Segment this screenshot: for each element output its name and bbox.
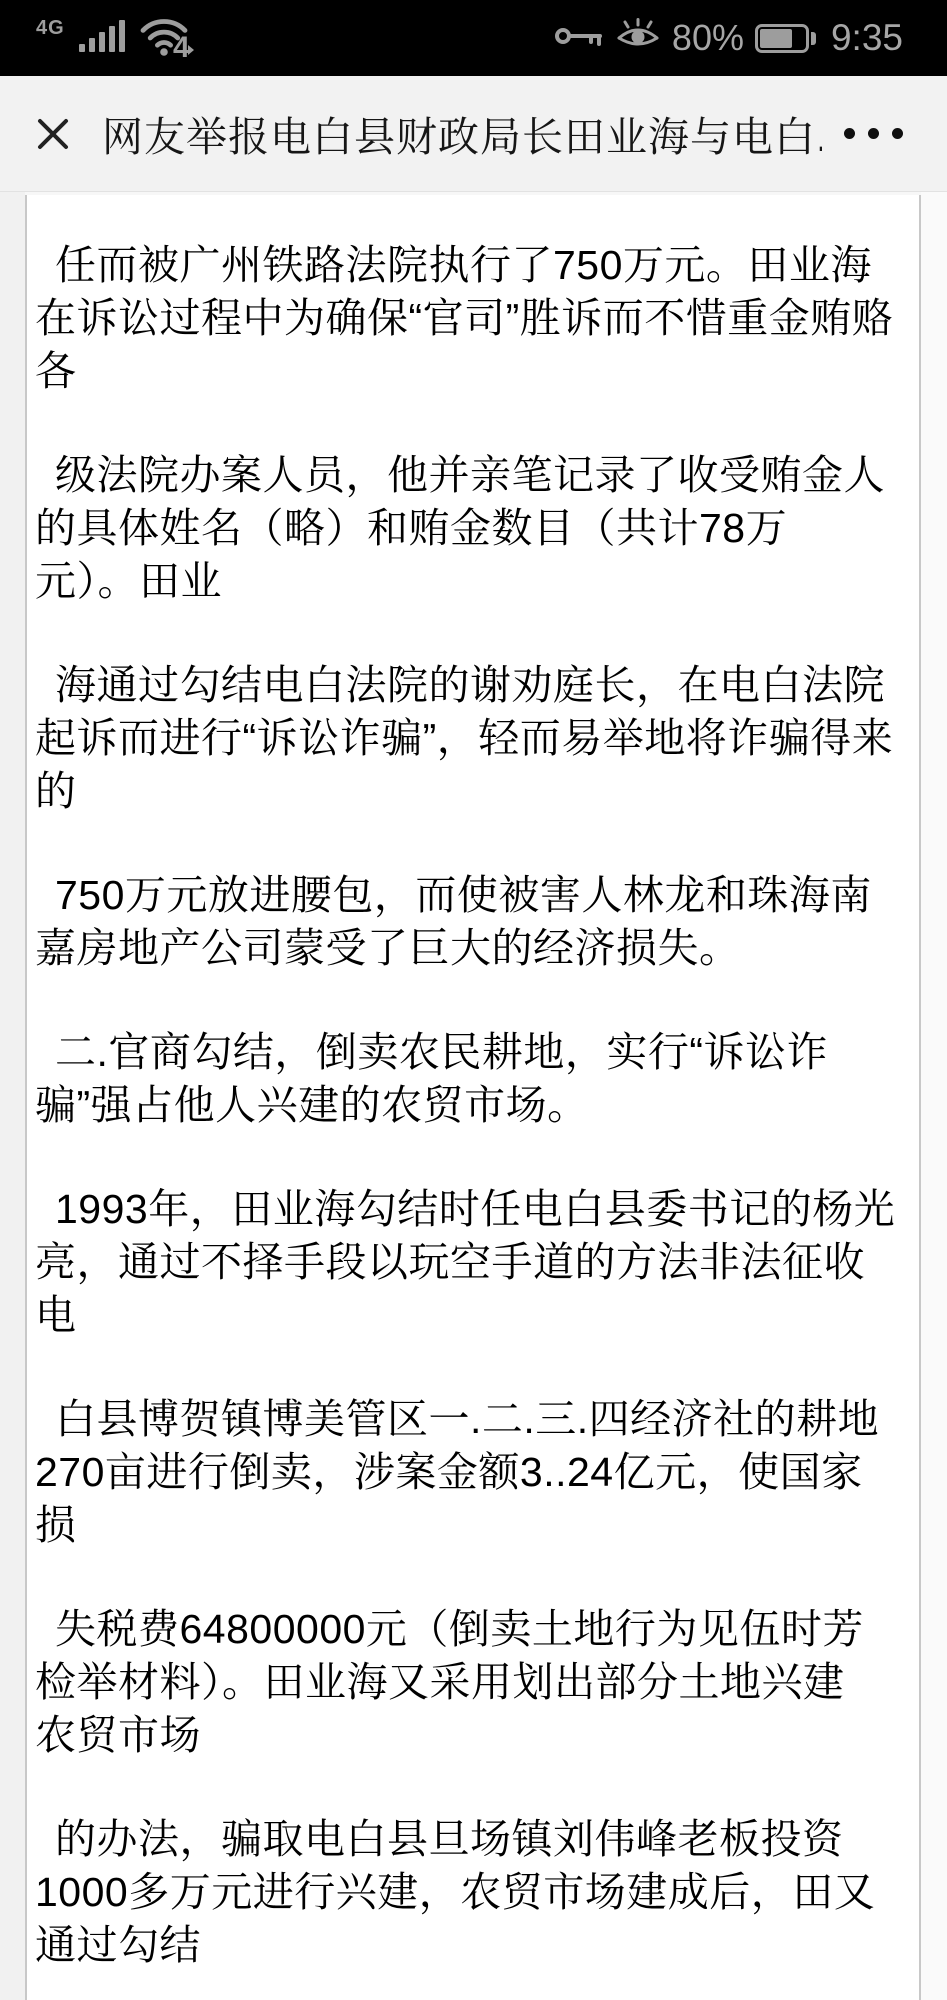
article-scroll-area[interactable]: 任而被广州铁路法院执行了750万元。田业海 在诉讼过程中为确保“官司”胜诉而不惜…	[25, 195, 921, 2000]
signal-strength-icon	[79, 18, 125, 59]
status-right-cluster: 80% 9:35	[554, 17, 903, 59]
page-left-gutter	[0, 192, 25, 2000]
eye-comfort-icon	[615, 18, 661, 59]
article-paragraph: 级法院办案人员，他并亲笔记录了收受贿金人 的具体姓名（略）和贿金数目（共计78万…	[35, 449, 915, 608]
article-paragraph: 二.官商勾结，倒卖农民耕地，实行“诉讼诈 骗”强占他人兴建的农贸市场。	[35, 1026, 915, 1132]
article-paragraph: 海通过勾结电白法院的谢劝庭长，在电白法院 起诉而进行“诉讼诈骗”，轻而易举地将诈…	[35, 659, 915, 818]
wifi-icon: 4	[139, 14, 197, 63]
wifi-generation-badge: 4	[173, 31, 190, 58]
page-right-gutter	[921, 192, 947, 2000]
page-title: 网友举报电白县财政局长田业海与电白...	[102, 104, 822, 163]
status-left-cluster: 4G 4	[36, 14, 197, 63]
phone-screen: 4G 4	[0, 0, 947, 2000]
article-paragraph: 的办法，骗取电白县旦场镇刘伟峰老板投资 1000多万元进行兴建，农贸市场建成后，…	[35, 1813, 915, 1972]
network-type-label: 4G	[36, 17, 65, 40]
battery-percent-label: 80%	[672, 17, 744, 59]
article-paragraph: 任而被广州铁路法院执行了750万元。田业海 在诉讼过程中为确保“官司”胜诉而不惜…	[35, 239, 915, 398]
status-bar: 4G 4	[0, 0, 947, 76]
close-icon[interactable]	[34, 115, 72, 153]
article-paragraph: 白县博贺镇博美管区一.二.三.四经济社的耕地 270亩进行倒卖，涉案金额3..2…	[35, 1393, 915, 1552]
battery-icon	[755, 24, 816, 53]
more-options-icon[interactable]	[842, 118, 905, 149]
key-icon	[554, 22, 604, 55]
clock-label: 9:35	[831, 17, 903, 59]
webview-content: 任而被广州铁路法院执行了750万元。田业海 在诉讼过程中为确保“官司”胜诉而不惜…	[0, 192, 947, 2000]
article-paragraph: 1993年，田业海勾结时任电白县委书记的杨光 亮，通过不择手段以玩空手道的方法非…	[35, 1183, 915, 1342]
title-bar: 网友举报电白县财政局长田业海与电白...	[0, 76, 947, 192]
article-paragraph: 失税费64800000元（倒卖土地行为见伍时芳 检举材料）。田业海又采用划出部分…	[35, 1603, 915, 1762]
article-paragraph: 750万元放进腰包，而使被害人林龙和珠海南 嘉房地产公司蒙受了巨大的经济损失。	[35, 869, 915, 975]
